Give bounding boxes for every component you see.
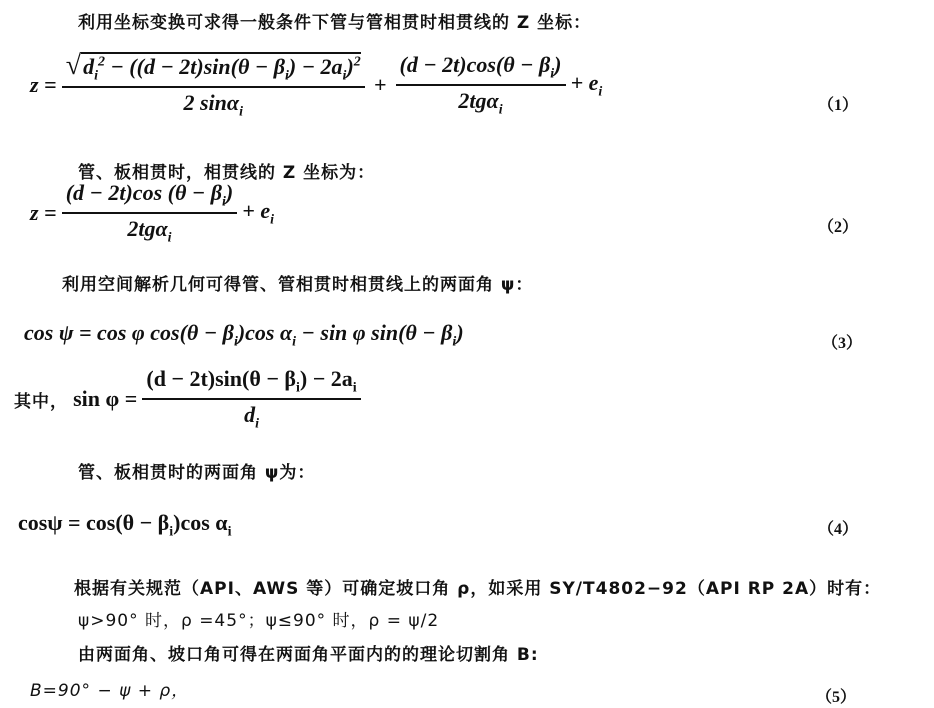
- eq2-fraction: (d − 2t)cos (θ − βi) 2tgαi: [62, 180, 238, 247]
- eq2-tail: + ei: [242, 198, 274, 228]
- sqrt-symbol: √: [66, 50, 81, 81]
- equation-number-2: （2）: [818, 214, 858, 237]
- where-lhs: sin φ =: [73, 386, 137, 412]
- paragraph-bevel-angle-rule: ψ>90° 时，ρ =45°；ψ≤90° 时，ρ = ψ/2: [78, 606, 439, 631]
- where-clause: 其中， sin φ = (d − 2t)sin(θ − βi) − 2ai di: [14, 366, 361, 433]
- eq1-fraction-2: (d − 2t)cos(θ − βi) 2tgαi: [396, 52, 566, 119]
- where-prefix: 其中，: [14, 387, 68, 412]
- equation-number-4: （4）: [818, 516, 858, 539]
- equation-1: z = √di2 − ((d − 2t)sin(θ − βi) − 2ai)2 …: [30, 50, 602, 121]
- eq1-radicand: di2 − ((d − 2t)sin(θ − βi) − 2ai)2: [81, 52, 361, 79]
- eq2-lhs: z =: [30, 200, 57, 226]
- equation-4: cosψ = cos(θ − βi)cos αi: [18, 510, 231, 540]
- eq1-fraction-1: √di2 − ((d − 2t)sin(θ − βi) − 2ai)2 2 si…: [62, 50, 365, 121]
- equation-number-3: （3）: [822, 330, 862, 353]
- eq1-lhs: z =: [30, 72, 57, 98]
- equation-number-5: （5）: [816, 684, 856, 707]
- equation-5: B=90° − ψ + ρ，: [30, 676, 189, 701]
- equation-3: cos ψ = cos φ cos(θ − βi)cos αi − sin φ …: [24, 320, 464, 350]
- where-fraction: (d − 2t)sin(θ − βi) − 2ai di: [142, 366, 360, 433]
- equation-number-1: （1）: [818, 92, 858, 115]
- equation-2: z = (d − 2t)cos (θ − βi) 2tgαi + ei: [30, 180, 274, 247]
- paragraph-intro-tube-tube: 利用坐标变换可求得一般条件下管与管相贯时相贯线的 Z 坐标：: [78, 8, 591, 33]
- paragraph-dihedral-tube-plate: 管、板相贯时的两面角 ψ为：: [78, 458, 315, 483]
- eq1-tail: + ei: [571, 70, 603, 100]
- paragraph-cutting-angle: 由两面角、坡口角可得在两面角平面内的的理论切割角 B:: [78, 640, 539, 665]
- eq1-plus: +: [374, 72, 387, 98]
- paragraph-bevel-angle-standard: 根据有关规范（API、AWS 等）可确定坡口角 ρ，如采用 SY/T4802−9…: [74, 574, 881, 599]
- paragraph-dihedral-tube-tube: 利用空间解析几何可得管、管相贯时相贯线上的两面角 ψ：: [62, 270, 533, 295]
